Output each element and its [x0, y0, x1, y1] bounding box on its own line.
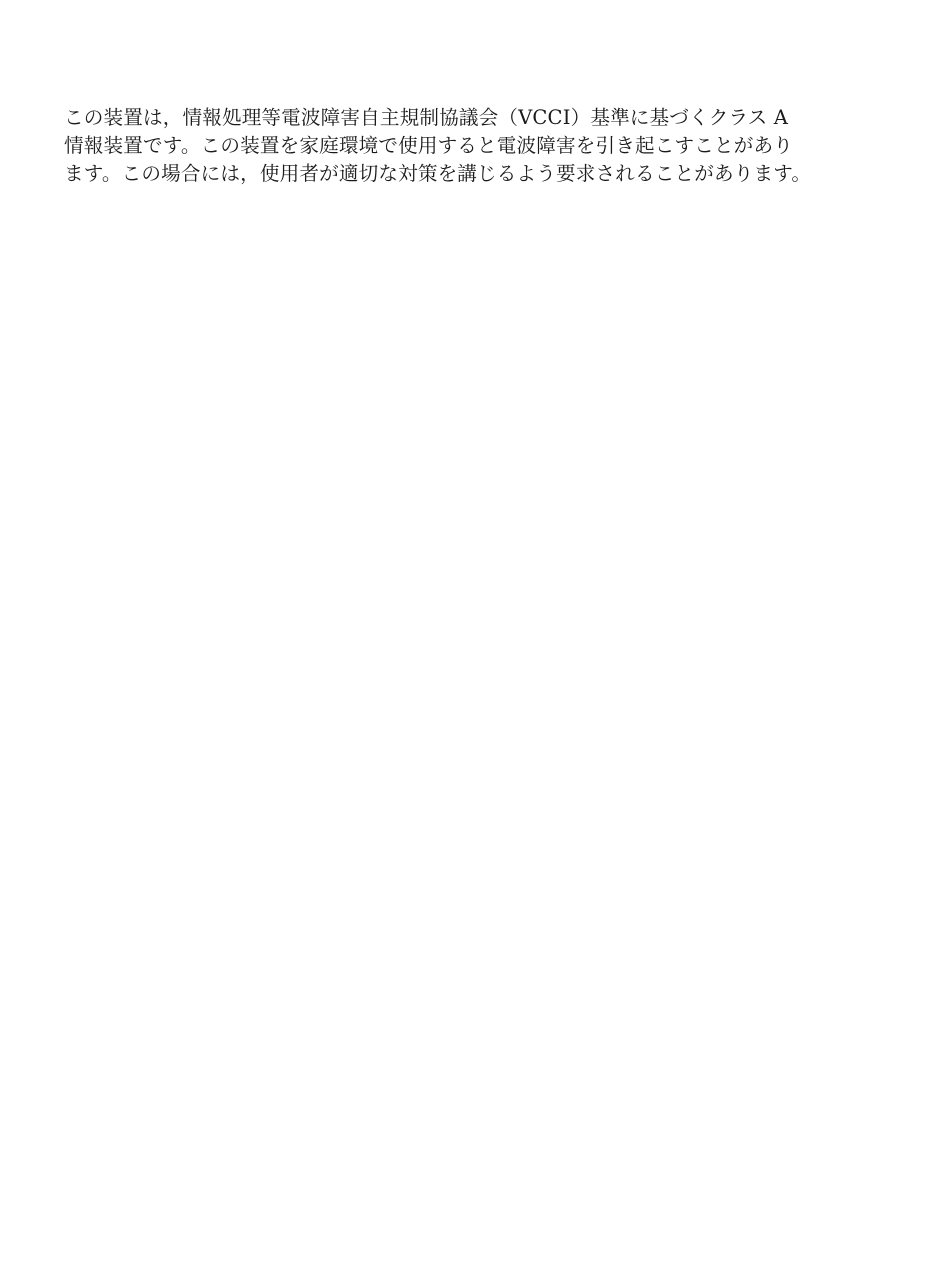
notice-line-2: 情報装置です。この装置を家庭環境で使用すると電波障害を引き起こすことがあり [64, 132, 894, 160]
notice-line-3: ます。この場合には，使用者が適切な対策を講じるよう要求されることがあります。 [64, 160, 894, 188]
notice-line-1: この装置は，情報処理等電波障害自主規制協議会（VCCI）基準に基づくクラス A [64, 104, 894, 132]
vcci-notice-paragraph: この装置は，情報処理等電波障害自主規制協議会（VCCI）基準に基づくクラス A … [64, 104, 894, 188]
